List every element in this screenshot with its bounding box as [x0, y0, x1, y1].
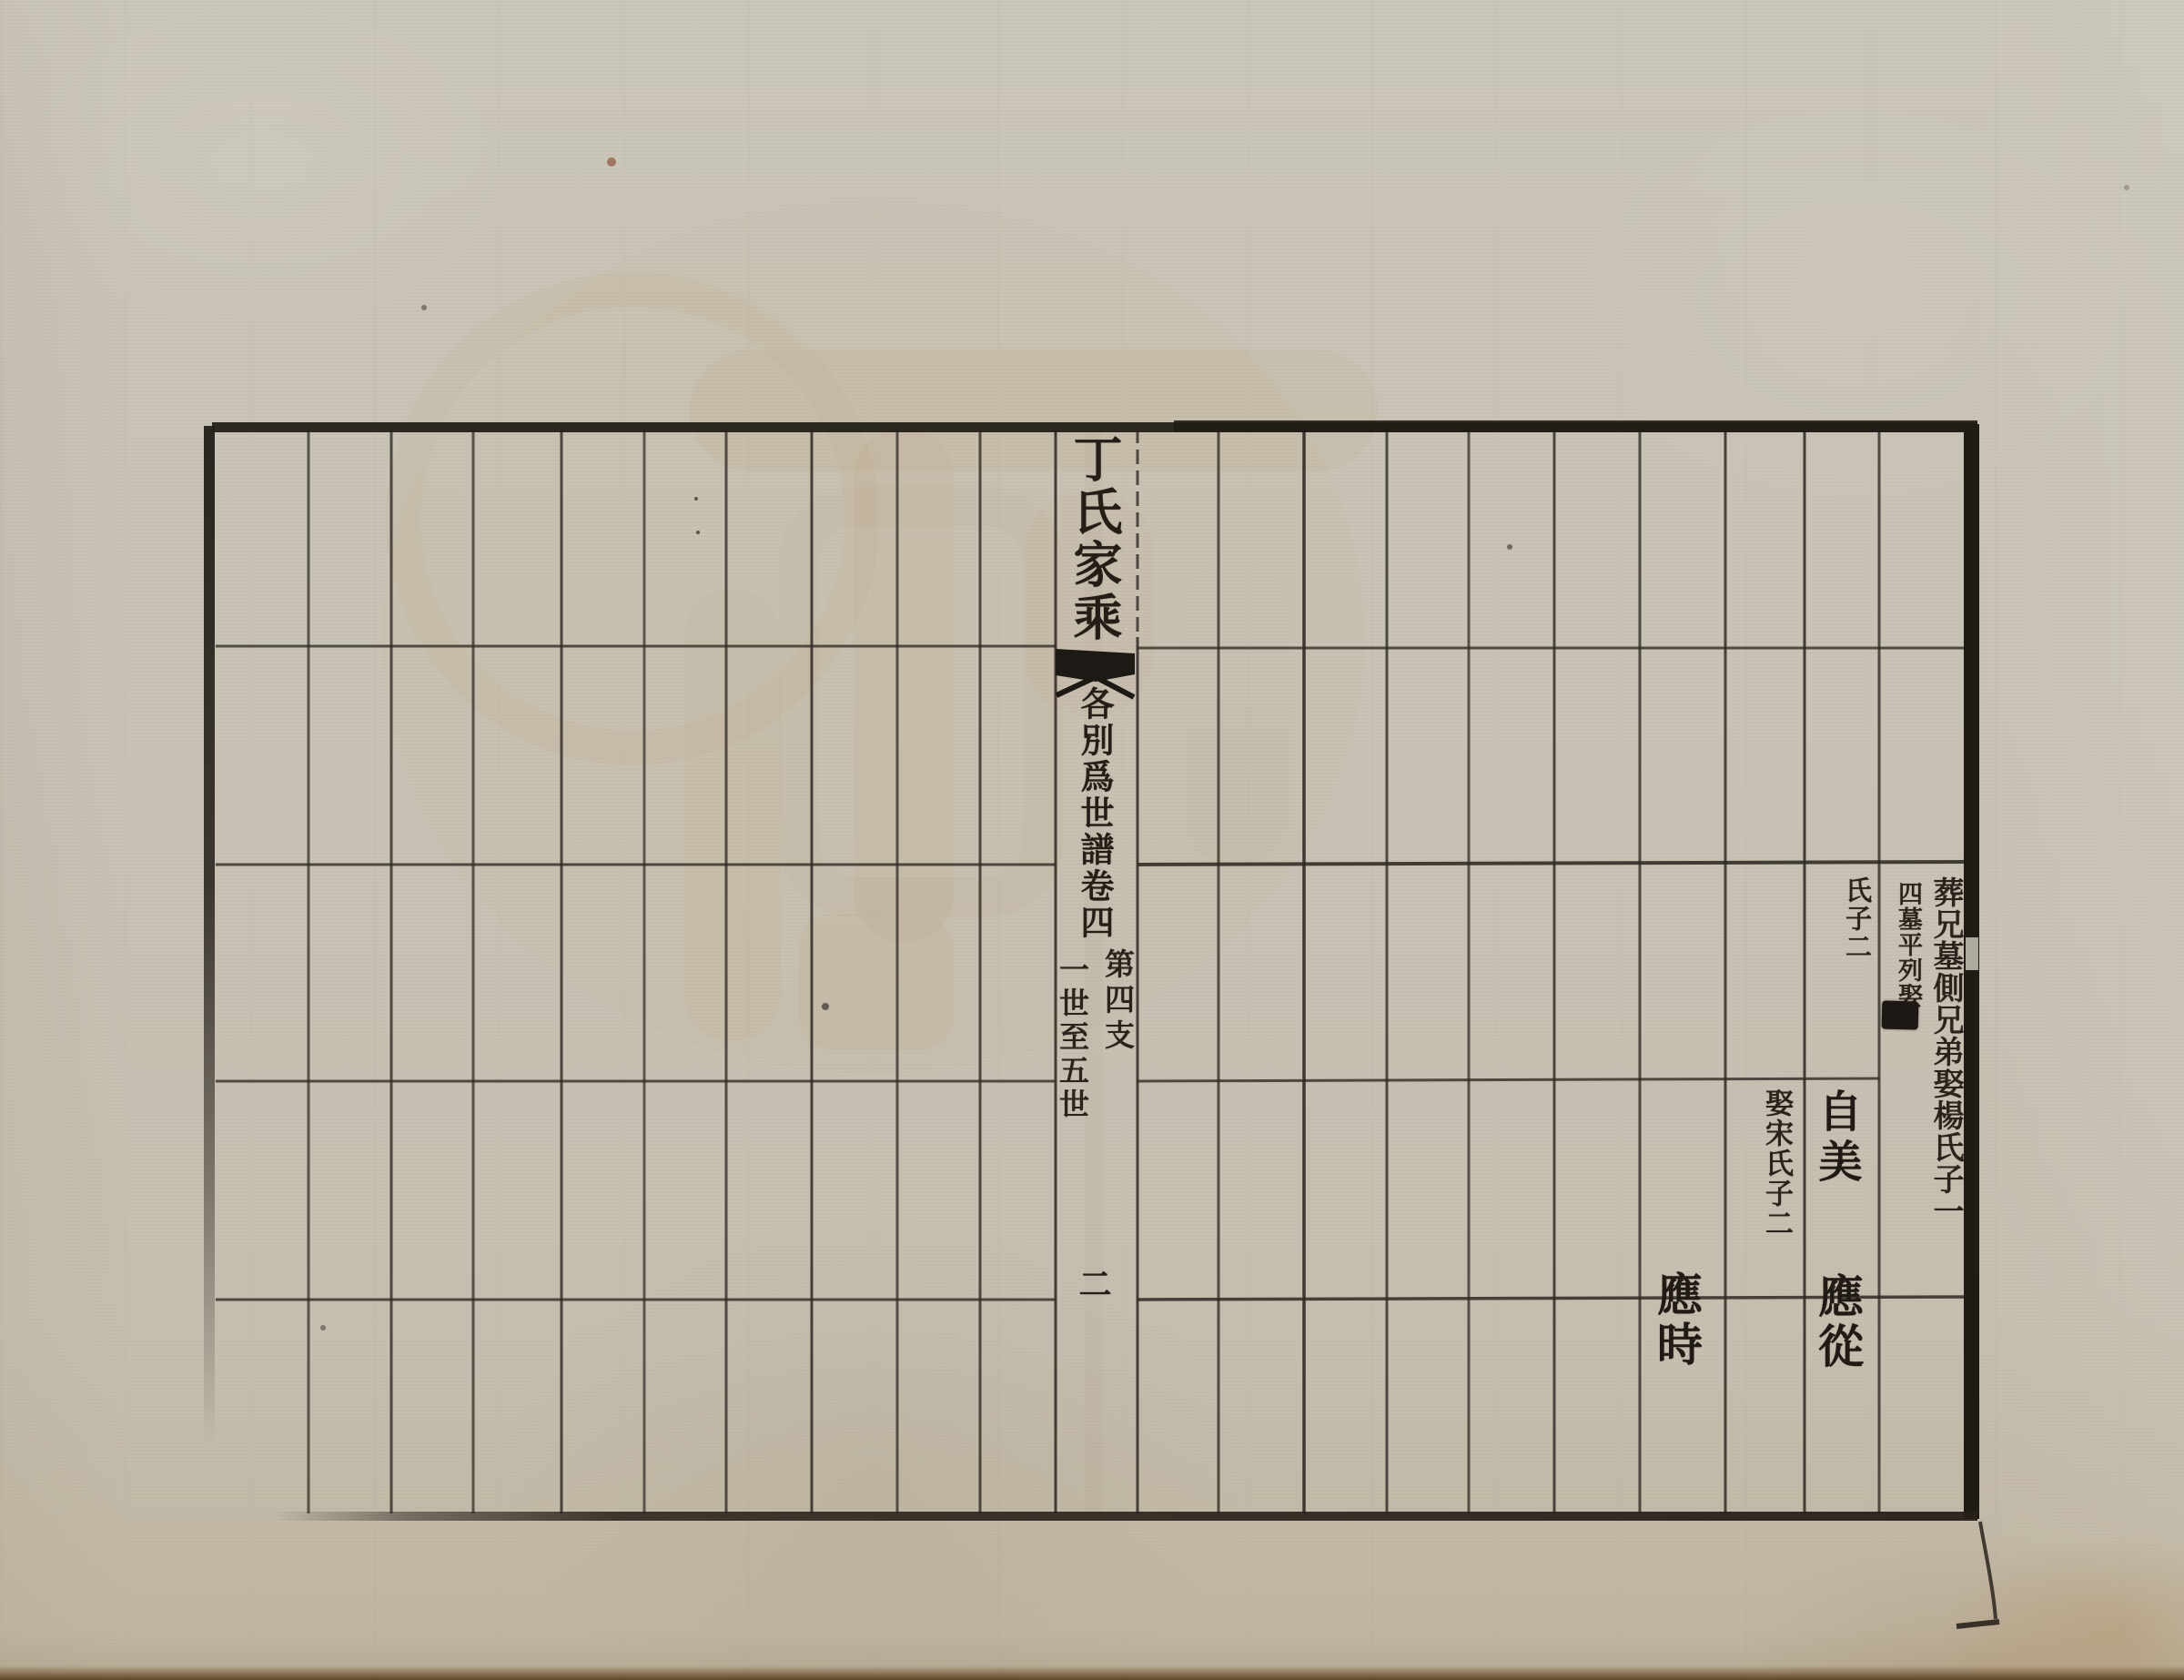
generation-range-label: 一世至五世	[1057, 954, 1087, 1122]
book-title: 丁氏家乘	[1070, 433, 1119, 644]
folio-page-number: 二	[1077, 1267, 1109, 1300]
redacted-character-blot	[1882, 1000, 1919, 1029]
person-name-yingshi: 應時	[1653, 1270, 1699, 1371]
annotation-burial-marriage: 葬兄墓側兄弟娶楊氏子一	[1930, 876, 1961, 1227]
photo-bottom-edge	[0, 1665, 2184, 1680]
annotation-four-graves: 四墓平列娶	[1896, 881, 1920, 1008]
corner-ink-marks	[1956, 1522, 1999, 1626]
watermark-logo	[382, 200, 1378, 1074]
person-name-yingcong: 應從	[1815, 1272, 1860, 1372]
volume-title: 各別爲世譜卷四	[1077, 686, 1111, 941]
branch-label: 第四支	[1103, 948, 1133, 1055]
annotation-sons-continuation: 氏子二	[1844, 876, 1870, 961]
person-name-zimei: 自美	[1815, 1088, 1858, 1189]
annotation-zimei-marriage: 娶宋氏子二	[1762, 1088, 1790, 1239]
genealogy-page-scan: 丁氏家乘 各別爲世譜卷四 第四支 一世至五世 二 葬兄墓側兄弟娶楊氏子一 四墓平…	[0, 0, 2184, 1680]
